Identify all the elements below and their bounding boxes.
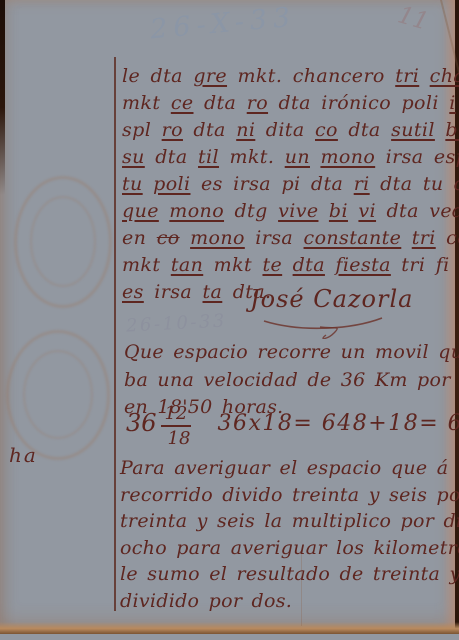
embossed-stamp-top — [14, 176, 112, 308]
signature-flourish — [258, 313, 390, 339]
fraction-numerator: 12 — [161, 405, 192, 427]
calculation-row: 36 12 18 36x18= 648+18= 666 — [126, 405, 459, 448]
scanned-notebook-page: 26-X-33 11 le dta gre mkt. chancero tri … — [0, 0, 459, 640]
handwritten-line: tu poli es irsa pi dta ri dta tu da — [122, 171, 459, 198]
handwritten-line: dividido por dos. — [120, 588, 459, 615]
page-left-edge — [0, 0, 5, 195]
handwritten-line: spl ro dta ni dita co dta sutil bi — [122, 117, 459, 144]
handwritten-line: Que espacio recorre un movil que lle- — [124, 339, 459, 367]
stamp-inner-ring — [23, 350, 94, 440]
handwritten-line: mkt ce dta ro dta irónico poli i — [122, 90, 459, 117]
handwritten-line: le sumo el resultado de treinta y seis — [120, 561, 459, 588]
fraction-denominator: 18 — [168, 427, 191, 448]
handwritten-line: treinta y seis la multiplico por diez y — [120, 508, 459, 535]
handwritten-line: recorrido divido treinta y seis por dos — [120, 482, 459, 509]
signature: José Cazorla — [250, 285, 413, 313]
stamp-inner-ring — [30, 196, 97, 287]
calc-fraction: 12 18 — [161, 405, 192, 448]
calc-expression: 36x18= 648+18= 666 — [217, 411, 459, 436]
dictation-paragraph: le dta gre mkt. chancero tri chanmkt ce … — [122, 63, 459, 306]
handwritten-line: ocho para averiguar los kilometros y — [120, 535, 459, 562]
margin-note: ha — [9, 443, 38, 467]
ruled-margin-line — [114, 57, 116, 611]
handwritten-line: mkt tan mkt te dta fiesta tri fi dta — [122, 252, 459, 279]
handwritten-line: que mono dtg vive bi vi dta vedta — [122, 198, 459, 225]
handwritten-line: le dta gre mkt. chancero tri chan — [122, 63, 459, 90]
handwritten-line: ba una velocidad de 36 Km por hora — [124, 367, 459, 395]
calc-whole-number: 36 — [126, 409, 157, 437]
embossed-stamp-bottom — [6, 330, 110, 460]
handwritten-line: Para averiguar el espacio que á — [120, 455, 459, 482]
solution-paragraph: Para averiguar el espacio que árecorrido… — [120, 455, 459, 614]
handwritten-line: su dta til mkt. un mono irsa espiri — [122, 144, 459, 171]
handwritten-line: en co mono irsa constante tri cons — [122, 225, 459, 252]
page-bottom-edge — [0, 622, 459, 634]
